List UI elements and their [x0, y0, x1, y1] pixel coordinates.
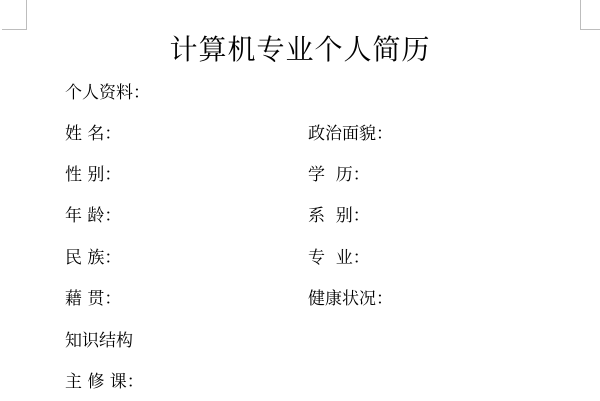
field-name-label: 姓 名： — [65, 123, 121, 145]
field-major-label: 专 业： — [308, 247, 370, 269]
field-gender-label: 性 别： — [65, 164, 121, 186]
section-knowledge-structure: 知识结构 — [65, 330, 133, 352]
field-department-label: 系 别： — [308, 205, 370, 227]
field-main-courses-label: 主 修 课： — [65, 371, 144, 393]
field-hometown-label: 藉 贯： — [65, 288, 121, 310]
field-education-label: 学 历： — [308, 164, 370, 186]
section-personal-info: 个人资料： — [65, 82, 150, 104]
page-corner-mark-top-right — [580, 0, 600, 30]
field-ethnicity-label: 民 族： — [65, 247, 121, 269]
field-political-status-label: 政治面貌： — [308, 123, 393, 145]
field-age-label: 年 龄： — [65, 205, 121, 227]
page-corner-mark-top-left — [0, 0, 27, 30]
field-health-label: 健康状况： — [308, 288, 393, 310]
document-title: 计算机专业个人简历 — [0, 32, 600, 68]
